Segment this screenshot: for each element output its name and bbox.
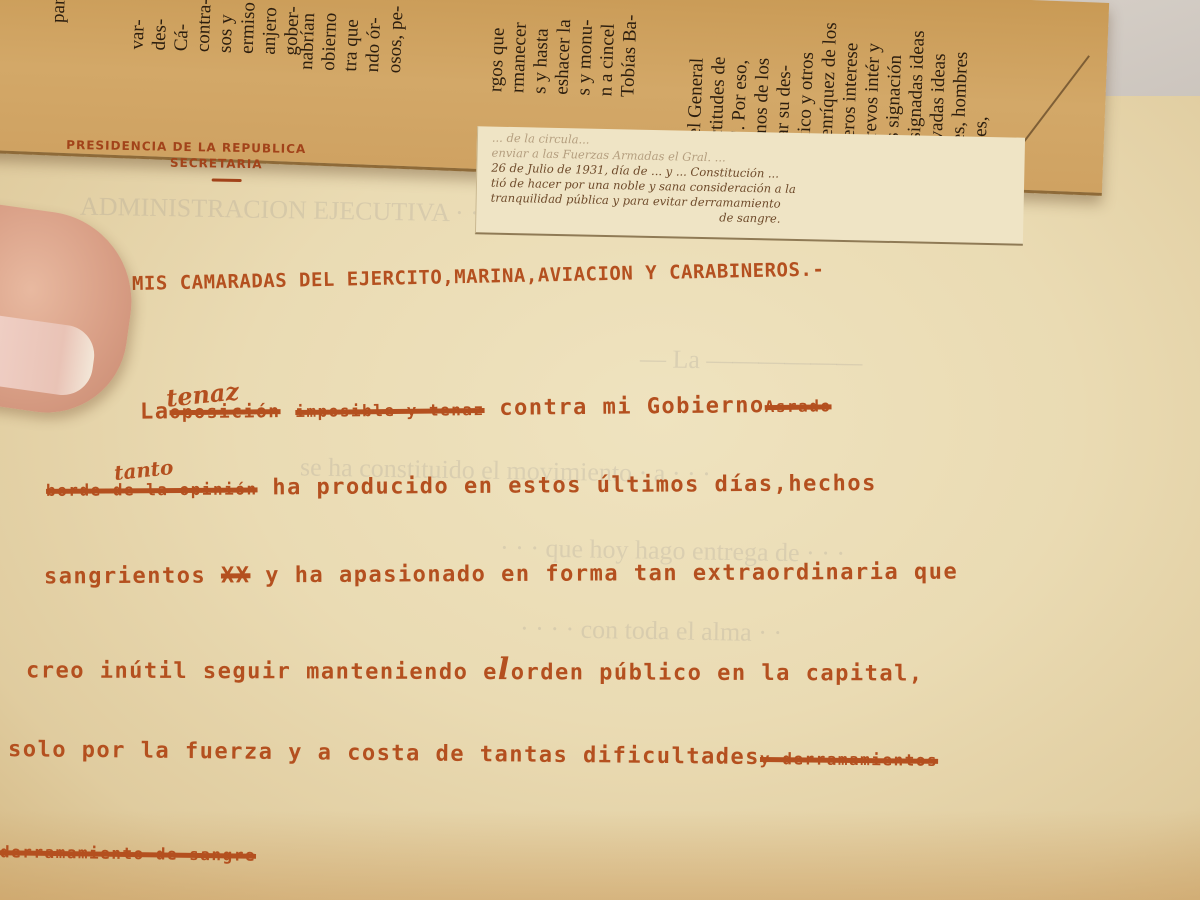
letter-line-6: derramamiento de sangre [0, 838, 256, 867]
letterhead-title: PRESIDENCIA DE LA REPUBLICA [66, 138, 306, 156]
facing-column-3: nabríanobiernotra quendo ór-osos, pe- [296, 2, 409, 74]
struck-text: imposible y tenaz [295, 400, 484, 421]
facing-column-2: var-des-Cá-contra-sos yermisoanjerogober… [127, 0, 305, 56]
thumbnail [0, 314, 98, 399]
struck-text: y derramamientos [760, 749, 938, 770]
bleed-through-text: — La —————— [640, 344, 863, 378]
struck-text: derramamiento de sangre [0, 842, 256, 865]
struck-text: Asrado [765, 396, 832, 416]
letterhead: PRESIDENCIA DE LA REPUBLICA SECRETARIA [66, 138, 307, 183]
letter-line-3: sangrientos XX y ha apasionado en forma … [44, 560, 958, 590]
newspaper-clipping: ... de la circula... enviar a las Fuerza… [475, 126, 1025, 245]
struck-text: borde de la opinión [46, 479, 258, 499]
handwritten-correction: l [498, 652, 511, 687]
letter-line-4: creo inútil seguir manteniendo elorden p… [26, 650, 924, 688]
struck-text: XX [221, 563, 251, 588]
bleed-through-text: · · · · con toda el alma · · [520, 614, 783, 649]
facing-column-1: par- [48, 0, 71, 23]
struck-text: oposición [169, 401, 280, 423]
letterhead-underline [212, 178, 242, 182]
facing-column-4: rgos quermanecers y hastaeshacer las y m… [485, 9, 642, 97]
letterhead-subtitle: SECRETARIA [170, 156, 306, 172]
